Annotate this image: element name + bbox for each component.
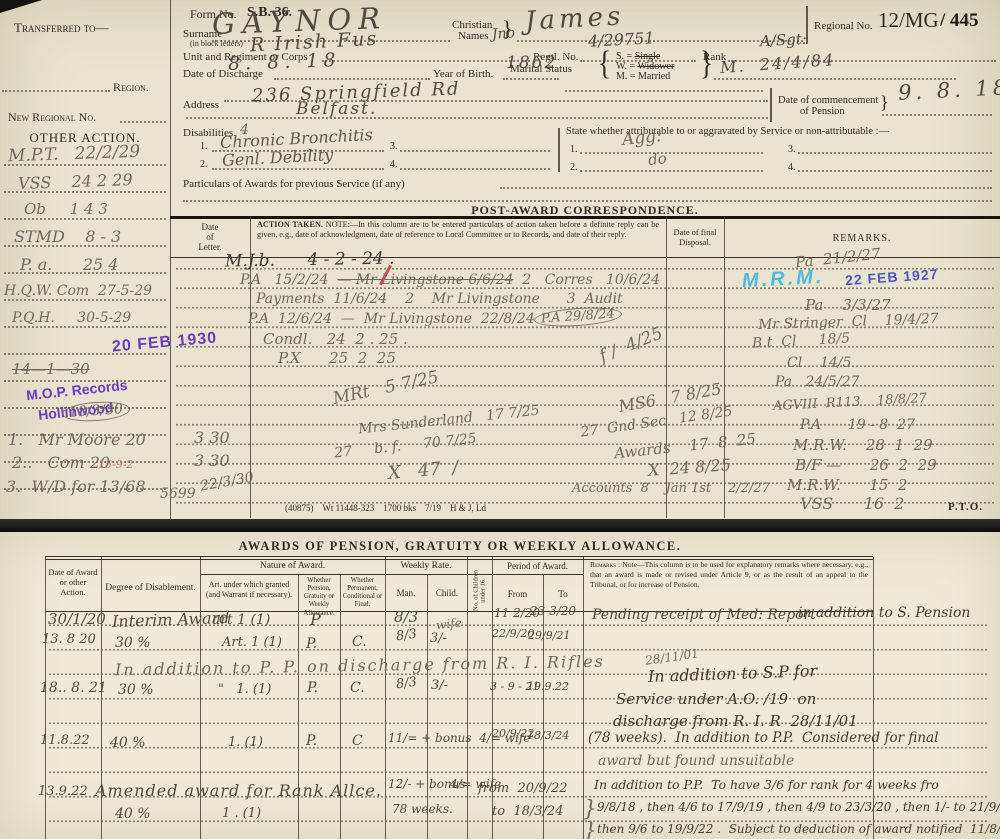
corr-entry-2: P.A 15/2/24 — Mr Livingstone 6/6/24 2 Co… bbox=[240, 271, 660, 289]
award-f-remark-1: In addition to P.P. To have 3/6 for rank… bbox=[594, 777, 939, 792]
remark-11: B/F — 26 2 29 bbox=[795, 456, 937, 474]
dotted-line bbox=[565, 90, 763, 92]
award-f-rate-2: 78 weeks. bbox=[392, 802, 453, 816]
award-b-conditional: C. bbox=[352, 634, 367, 650]
award-f-remark-2: 9/8/18 , then 4/6 to 17/9/19 , then 4/9 … bbox=[597, 800, 1000, 814]
award-d-pension: P. bbox=[307, 680, 318, 696]
attributable-1-value: Agg: bbox=[621, 126, 663, 150]
dotted-line bbox=[4, 218, 166, 220]
award-b-degree: 30 % bbox=[115, 635, 151, 651]
award-d-degree: 30 % bbox=[118, 682, 154, 698]
remarks-note-title: Remarks : bbox=[590, 560, 622, 569]
dotted-line bbox=[120, 121, 166, 123]
award-e-article: 1. (1) bbox=[228, 735, 263, 750]
award-f-description: Amended award for Rank Allce. bbox=[95, 781, 382, 800]
other-action-entry-2: VSS 24 2 29 bbox=[18, 170, 133, 193]
disability-2-number: 2. bbox=[200, 159, 208, 170]
award-b-man-rate: 8/3 bbox=[395, 627, 418, 645]
attributable-2-value: do bbox=[647, 149, 667, 169]
corr-entry-2c: 2 Corres 10/6/24 bbox=[514, 272, 660, 288]
commencement-label-1: Date of commencement bbox=[778, 95, 878, 106]
christian-names-label-2: Names bbox=[458, 30, 489, 42]
award-f-article: 1 . (1) bbox=[222, 806, 261, 821]
action-taken-title: ACTION TAKEN. bbox=[257, 220, 323, 229]
col-remarks-note: Remarks : Note—This column is to be used… bbox=[590, 560, 868, 590]
rank-value: A/Sgt: bbox=[760, 30, 808, 50]
address-label: Address bbox=[183, 99, 219, 111]
col-date-of-award: Date of Award or other Action. bbox=[47, 567, 99, 598]
award-f-to: to 18/3/24 bbox=[492, 804, 563, 819]
remark-12: M.R.W. 15 2 bbox=[787, 476, 908, 494]
award-d-man-rate: 8/3 bbox=[395, 675, 418, 693]
regional-no-value: 12/MG bbox=[878, 8, 939, 33]
remarks-note-body: Note—This column is to be used for expla… bbox=[590, 560, 868, 589]
numbered-note-1: 1. Mr Moore 20 bbox=[8, 430, 146, 449]
dotted-line bbox=[4, 299, 166, 301]
dotted-line bbox=[2, 90, 110, 92]
col-man: Man. bbox=[386, 588, 426, 598]
other-action-entry-4: STMD 8 - 3 bbox=[14, 227, 121, 246]
award-d-child-rate: 3/- bbox=[431, 678, 448, 693]
disability-4-number: 4. bbox=[390, 159, 398, 170]
award-d-remark-3: discharge from R. I. R 28/11/01 bbox=[613, 712, 858, 730]
numbered-note-3: 3. W/D for 13/68 bbox=[6, 477, 146, 496]
award-e-remark-2: award but found unsuitable bbox=[598, 753, 794, 769]
pension-record-card-scan: Transferred to— Region. New Regional No.… bbox=[0, 0, 1000, 839]
other-action-entry-8-struck: 14—1—30 bbox=[12, 360, 90, 378]
award-f-from: from 20/9/22 bbox=[478, 781, 568, 796]
disability-1-number: 1. bbox=[200, 141, 208, 152]
dotted-line bbox=[400, 150, 550, 152]
marital-status-label: Marital Status bbox=[510, 63, 572, 75]
disposal-scrawl-7: 2/2/27 bbox=[728, 481, 770, 496]
awards-top-rule-1 bbox=[45, 556, 873, 557]
dotted-line bbox=[798, 152, 992, 154]
corr-entry-4: P.A 12/6/24 — Mr Livingstone 22/8/24 bbox=[248, 311, 535, 327]
marital-brace-close: } bbox=[700, 44, 713, 83]
award-b-article: Art. 1 (1) bbox=[222, 635, 282, 650]
dotted-line bbox=[798, 170, 992, 172]
commencement-brace: } bbox=[880, 92, 889, 113]
left-column-rule bbox=[170, 0, 171, 519]
attributable-4-number: 4. bbox=[788, 162, 796, 173]
marital-m-word: Married bbox=[638, 71, 670, 82]
award-a-pension: P bbox=[310, 610, 321, 629]
dotted-line bbox=[503, 78, 559, 80]
previous-awards-label: Particulars of Awards for previous Servi… bbox=[183, 178, 405, 190]
dotted-line bbox=[580, 170, 763, 172]
award-e-to: 18/3/24 bbox=[527, 729, 569, 742]
award-f-brace-2: } bbox=[583, 819, 597, 839]
corner-fold-mark bbox=[0, 0, 42, 13]
dotted-line bbox=[183, 200, 992, 202]
awards-group-rule bbox=[200, 574, 583, 575]
dotted-line bbox=[500, 187, 992, 189]
commencement-label-2: of Pension bbox=[800, 106, 845, 117]
attributable-2-number: 2. bbox=[570, 162, 578, 173]
dotted-line bbox=[400, 168, 550, 170]
award-a-article: art 1 (1) bbox=[212, 612, 270, 628]
remark-9: P.A 19 - 8 27 bbox=[800, 417, 915, 433]
pto-label: P.T.O. bbox=[948, 501, 983, 513]
award-e-degree: 40 % bbox=[110, 735, 146, 751]
attributable-3-number: 3. bbox=[788, 144, 796, 155]
corr-entry-2a: P.A 15/2/24 bbox=[240, 272, 337, 288]
col-final-disposal-1: Date of final bbox=[667, 227, 723, 237]
award-d-remark-2: Service under A.O. /19 on bbox=[616, 690, 816, 708]
award-e-conditional: C bbox=[352, 733, 363, 749]
col-degree: Degree of Disablement. bbox=[103, 583, 198, 593]
dotted-line bbox=[882, 114, 992, 116]
award-d-conditional: C. bbox=[350, 680, 365, 696]
col-article: Art. under which granted (and Warrant if… bbox=[203, 580, 295, 600]
commencement-value: 9. 8. 18 bbox=[897, 75, 1000, 105]
marital-brace-open: { bbox=[598, 44, 611, 83]
col-to: To bbox=[544, 589, 582, 599]
dotted-line bbox=[186, 117, 768, 119]
award-a-remark-2: in addition to S. Pension bbox=[798, 605, 970, 621]
col-final-disposal-2: Disposal. bbox=[667, 237, 723, 247]
col-date-of-letter-1: Date bbox=[172, 222, 248, 232]
crayon-initials-mrm: M.R.M. bbox=[741, 266, 825, 293]
other-action-entry-1: M.P.T. 22/2/29 bbox=[8, 142, 141, 167]
other-action-entry-6: H.Q.W. Com 27-5-29 bbox=[4, 283, 152, 299]
award-f-date: 13.9.22 bbox=[38, 784, 88, 799]
numbered-note-2: 2.. Com 20 bbox=[12, 453, 110, 472]
table-top-rule bbox=[170, 216, 1000, 219]
discharge-value: 8. 8. 18 bbox=[228, 49, 341, 75]
other-action-entry-3: Ob 1 4 3 bbox=[24, 200, 108, 218]
col-child: Child. bbox=[428, 588, 466, 598]
award-a-date: 30/1/20 bbox=[48, 610, 106, 628]
col-date-of-letter-2: of bbox=[172, 232, 248, 242]
award-e-date: 11.8.22 bbox=[40, 733, 90, 748]
corr-entry-5: Condl. 24 2 . 25 . bbox=[263, 330, 408, 348]
remark-6: Cl 14/5 bbox=[787, 355, 851, 371]
awards-title: AWARDS OF PENSION, GRATUITY OR WEEKLY AL… bbox=[170, 539, 750, 554]
region-label: Region. bbox=[113, 80, 149, 95]
regional-no-suffix: / 445 bbox=[940, 10, 979, 32]
col-period-group: Period of Award. bbox=[492, 561, 583, 571]
award-b-date: 13. 8 20 bbox=[42, 632, 96, 647]
award-d-article: " 1. (1) bbox=[218, 682, 271, 697]
award-d-to: 19.9.22 bbox=[527, 680, 569, 693]
award-b-child-rate: 3/- bbox=[430, 631, 447, 646]
disability-3-number: 3. bbox=[390, 141, 398, 152]
award-a-man-rate: 8/3 bbox=[394, 608, 418, 626]
award-e-pension: P. bbox=[306, 733, 317, 749]
attributable-rule bbox=[558, 128, 560, 172]
marital-status-value: M. 24/4/84 bbox=[719, 50, 835, 77]
disposal-scrawl-6: Accounts 8 Jan 1st bbox=[572, 481, 711, 496]
award-b-to: 29/9/21 bbox=[528, 629, 570, 642]
remark-10: M.R.W. 28 1 29 bbox=[793, 436, 933, 454]
numbered-note-2-red: 15-9-2 bbox=[98, 458, 133, 471]
remark-13: VSS 16 2 bbox=[800, 494, 904, 513]
corr-entry-2b: — Mr Livingstone 6/6/24 bbox=[337, 272, 513, 288]
dotted-line bbox=[4, 326, 166, 328]
address-value-2: Belfast. bbox=[296, 99, 377, 119]
corr-entry-1: M.J.b. 4 - 2 - 24 . bbox=[225, 249, 395, 272]
award-a-wife-note: wife bbox=[435, 616, 462, 633]
new-regional-no-label: New Regional No. bbox=[8, 110, 96, 125]
transferred-to-label: Transferred to— bbox=[14, 20, 109, 36]
corr-entry-6: P.X 25 2 25 bbox=[278, 349, 396, 367]
dotted-line bbox=[322, 60, 530, 62]
attributable-1-number: 1. bbox=[570, 144, 578, 155]
award-d-date: 18.. 8. 21 bbox=[40, 680, 107, 696]
corr-entry-3: Payments 11/6/24 2 Mr Livingstone 3 Audi… bbox=[256, 291, 623, 307]
regional-no-label: Regional No. bbox=[814, 20, 873, 32]
award-a-remark-1: Pending receipt of Med: Report bbox=[592, 607, 816, 623]
col-whether-permanent: Whether Permanent, Conditional or Final. bbox=[341, 577, 384, 610]
print-code-footer: (40875) Wt 11448-323 1700 bks 7/19 H & J… bbox=[285, 503, 486, 513]
section-divider-band bbox=[0, 519, 1000, 532]
dotted-line bbox=[580, 152, 763, 154]
col-nature-group: Nature of Award. bbox=[200, 561, 385, 571]
other-action-entry-5: P. a. 25 4 bbox=[20, 255, 118, 274]
marital-option-married: M. = Married bbox=[616, 71, 670, 82]
other-action-entry-7: P.Q.H. 30-5-29 bbox=[12, 310, 131, 326]
christian-value-pre: Jno bbox=[491, 25, 515, 43]
col-remarks: REMARKS. bbox=[726, 233, 998, 244]
remark-7: Pa 24/5/27 bbox=[775, 374, 859, 390]
award-b-pension: P. bbox=[306, 636, 317, 652]
award-f-degree: 40 % bbox=[115, 806, 151, 822]
award-a-to: 23 3/20 bbox=[530, 604, 576, 618]
award-f-remark-3: then 9/6 to 19/9/22 . Subject to deducti… bbox=[597, 822, 1000, 836]
col-action-taken: ACTION TAKEN. NOTE:—In this column are t… bbox=[257, 220, 659, 241]
col-from: From bbox=[493, 589, 542, 599]
col-weekly-rate-group: Weekly Rate. bbox=[385, 561, 467, 571]
col-children-under-16: No. of Children under 16. bbox=[473, 562, 488, 618]
marital-m-key: M. = bbox=[616, 71, 638, 82]
remark-3: Pa 3/3/27 bbox=[805, 296, 891, 314]
commencement-rule bbox=[770, 88, 772, 122]
award-e-remark-1: (78 weeks). In addition to P.P. Consider… bbox=[588, 730, 938, 746]
